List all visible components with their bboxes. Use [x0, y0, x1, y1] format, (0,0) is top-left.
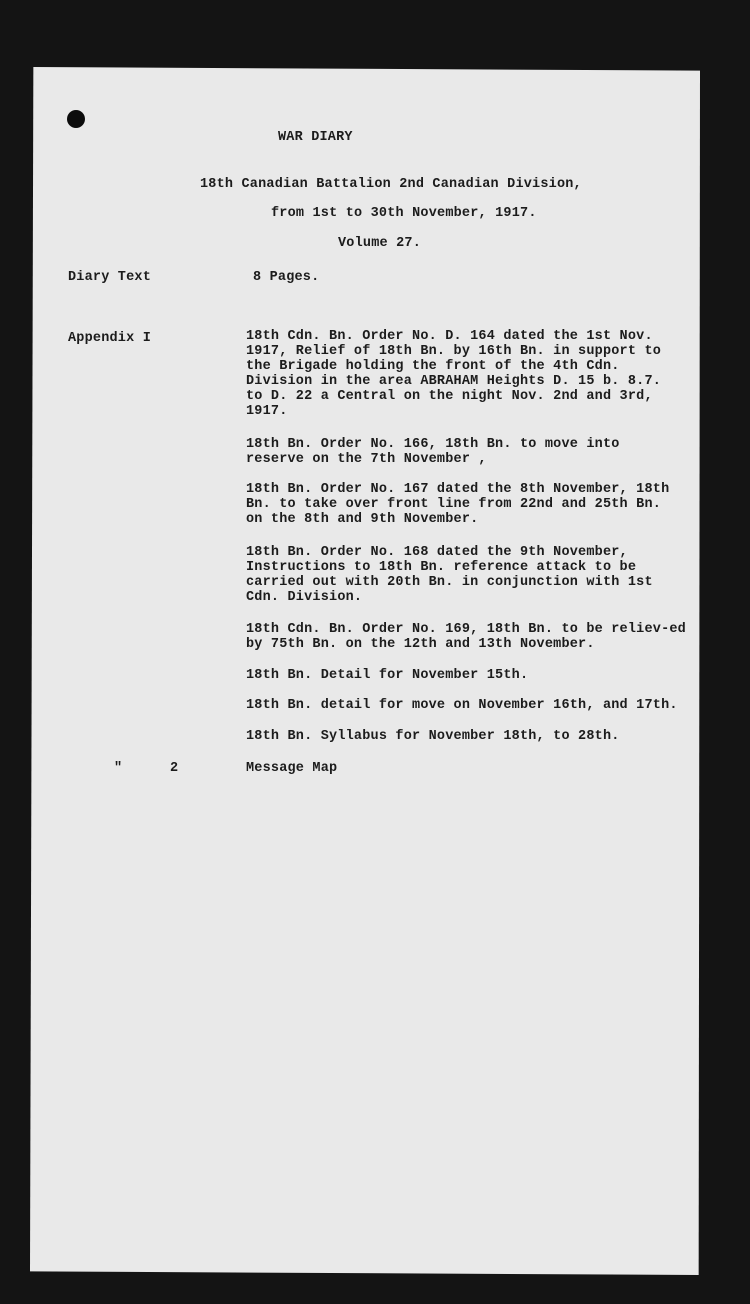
appendix-entry-8: 18th Bn. Syllabus for November 18th, to … [246, 729, 620, 744]
diary-text-value: 8 Pages. [253, 270, 319, 285]
appendix-entry-1: 18th Cdn. Bn. Order No. D. 164 dated the… [246, 329, 678, 419]
punch-hole [67, 110, 85, 128]
volume-heading: Volume 27. [338, 236, 421, 251]
appendix-1-label: Appendix I [68, 331, 151, 346]
appendix-2-number: 2 [170, 761, 178, 776]
appendix-entry-6: 18th Bn. Detail for November 15th. [246, 668, 528, 683]
period-heading: from 1st to 30th November, 1917. [271, 206, 537, 221]
appendix-entry-3: 18th Bn. Order No. 167 dated the 8th Nov… [246, 482, 678, 527]
appendix-entry-7: 18th Bn. detail for move on November 16t… [246, 698, 678, 713]
ditto-mark: " [114, 761, 122, 776]
unit-heading: 18th Canadian Battalion 2nd Canadian Div… [200, 177, 582, 192]
appendix-entry-2: 18th Bn. Order No. 166, 18th Bn. to move… [246, 437, 678, 467]
appendix-entry-4: 18th Bn. Order No. 168 dated the 9th Nov… [246, 545, 678, 605]
document-title: WAR DIARY [278, 130, 353, 145]
appendix-entry-5: 18th Cdn. Bn. Order No. 169, 18th Bn. to… [246, 622, 686, 652]
appendix-2-value: Message Map [246, 761, 337, 776]
diary-text-label: Diary Text [68, 270, 151, 285]
